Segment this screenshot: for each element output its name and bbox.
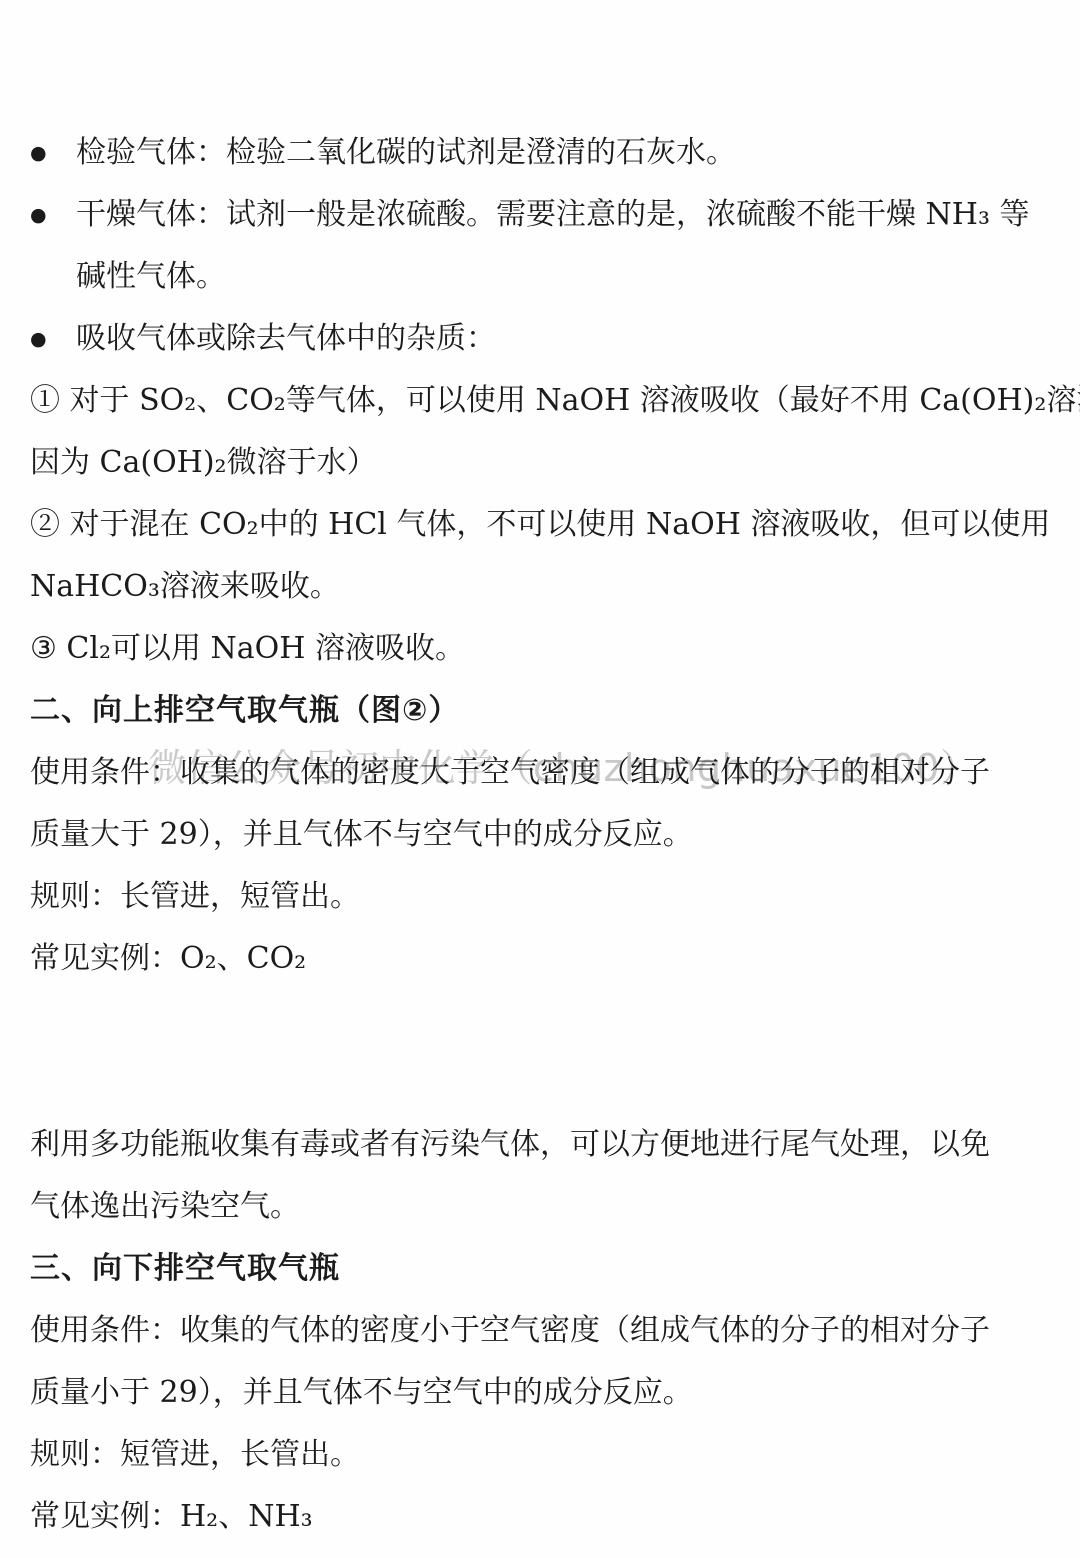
note-multifunction-bottle-continuation: 气体逸出污染空气。	[30, 1176, 1050, 1238]
paragraph-line-continuation: 碱性气体。	[30, 246, 1050, 308]
bullet-text: 吸收气体或除去气体中的杂质：	[76, 308, 496, 370]
bullet-icon: ●	[30, 184, 76, 246]
rule-line: 规则：长管进，短管出。	[30, 866, 1050, 928]
bullet-text: 检验气体：检验二氧化碳的试剂是澄清的石灰水。	[76, 122, 736, 184]
usage-condition-continuation: 质量小于 29），并且气体不与空气中的成分反应。	[30, 1362, 1050, 1424]
bullet-item-absorb-gas: ● 吸收气体或除去气体中的杂质：	[30, 308, 1050, 370]
document-body: ● 检验气体：检验二氧化碳的试剂是澄清的石灰水。 ● 干燥气体：试剂一般是浓硫酸…	[0, 0, 1080, 1548]
bullet-item-check-gas: ● 检验气体：检验二氧化碳的试剂是澄清的石灰水。	[30, 122, 1050, 184]
blank-line	[30, 990, 1050, 1052]
rule-line: 规则：短管进，长管出。	[30, 1424, 1050, 1486]
example-line: 常见实例：O₂、CO₂	[30, 928, 1050, 990]
numbered-item-3-line: ③ Cl₂可以用 NaOH 溶液吸收。	[30, 618, 1050, 680]
note-multifunction-bottle-line: 利用多功能瓶收集有毒或者有污染气体，可以方便地进行尾气处理，以免	[30, 1114, 1050, 1176]
bullet-icon: ●	[30, 122, 76, 184]
usage-condition-line: 使用条件：收集的气体的密度小于空气密度（组成气体的分子的相对分子	[30, 1300, 1050, 1362]
bullet-icon: ●	[30, 308, 76, 370]
numbered-item-2-continuation: NaHCO₃溶液来吸收。	[30, 556, 1050, 618]
bullet-text: 干燥气体：试剂一般是浓硫酸。需要注意的是，浓硫酸不能干燥 NH₃ 等	[76, 184, 1030, 246]
example-line: 常见实例：H₂、NH₃	[30, 1486, 1050, 1548]
blank-line	[30, 1052, 1050, 1114]
usage-condition-line: 使用条件：收集的气体的密度大于空气密度（组成气体的分子的相对分子	[30, 742, 1050, 804]
numbered-item-1-line: ① 对于 SO₂、CO₂等气体，可以使用 NaOH 溶液吸收（最好不用 Ca(O…	[30, 370, 1050, 432]
numbered-item-2-line: ② 对于混在 CO₂中的 HCl 气体，不可以使用 NaOH 溶液吸收，但可以使…	[30, 494, 1050, 556]
usage-condition-continuation: 质量大于 29），并且气体不与空气中的成分反应。	[30, 804, 1050, 866]
numbered-item-1-continuation: 因为 Ca(OH)₂微溶于水）	[30, 432, 1050, 494]
section-heading-downward-air: 三、向下排空气取气瓶	[30, 1238, 1050, 1300]
section-heading-upward-air: 二、向上排空气取气瓶（图②）	[30, 680, 1050, 742]
bullet-item-dry-gas: ● 干燥气体：试剂一般是浓硫酸。需要注意的是，浓硫酸不能干燥 NH₃ 等	[30, 184, 1050, 246]
